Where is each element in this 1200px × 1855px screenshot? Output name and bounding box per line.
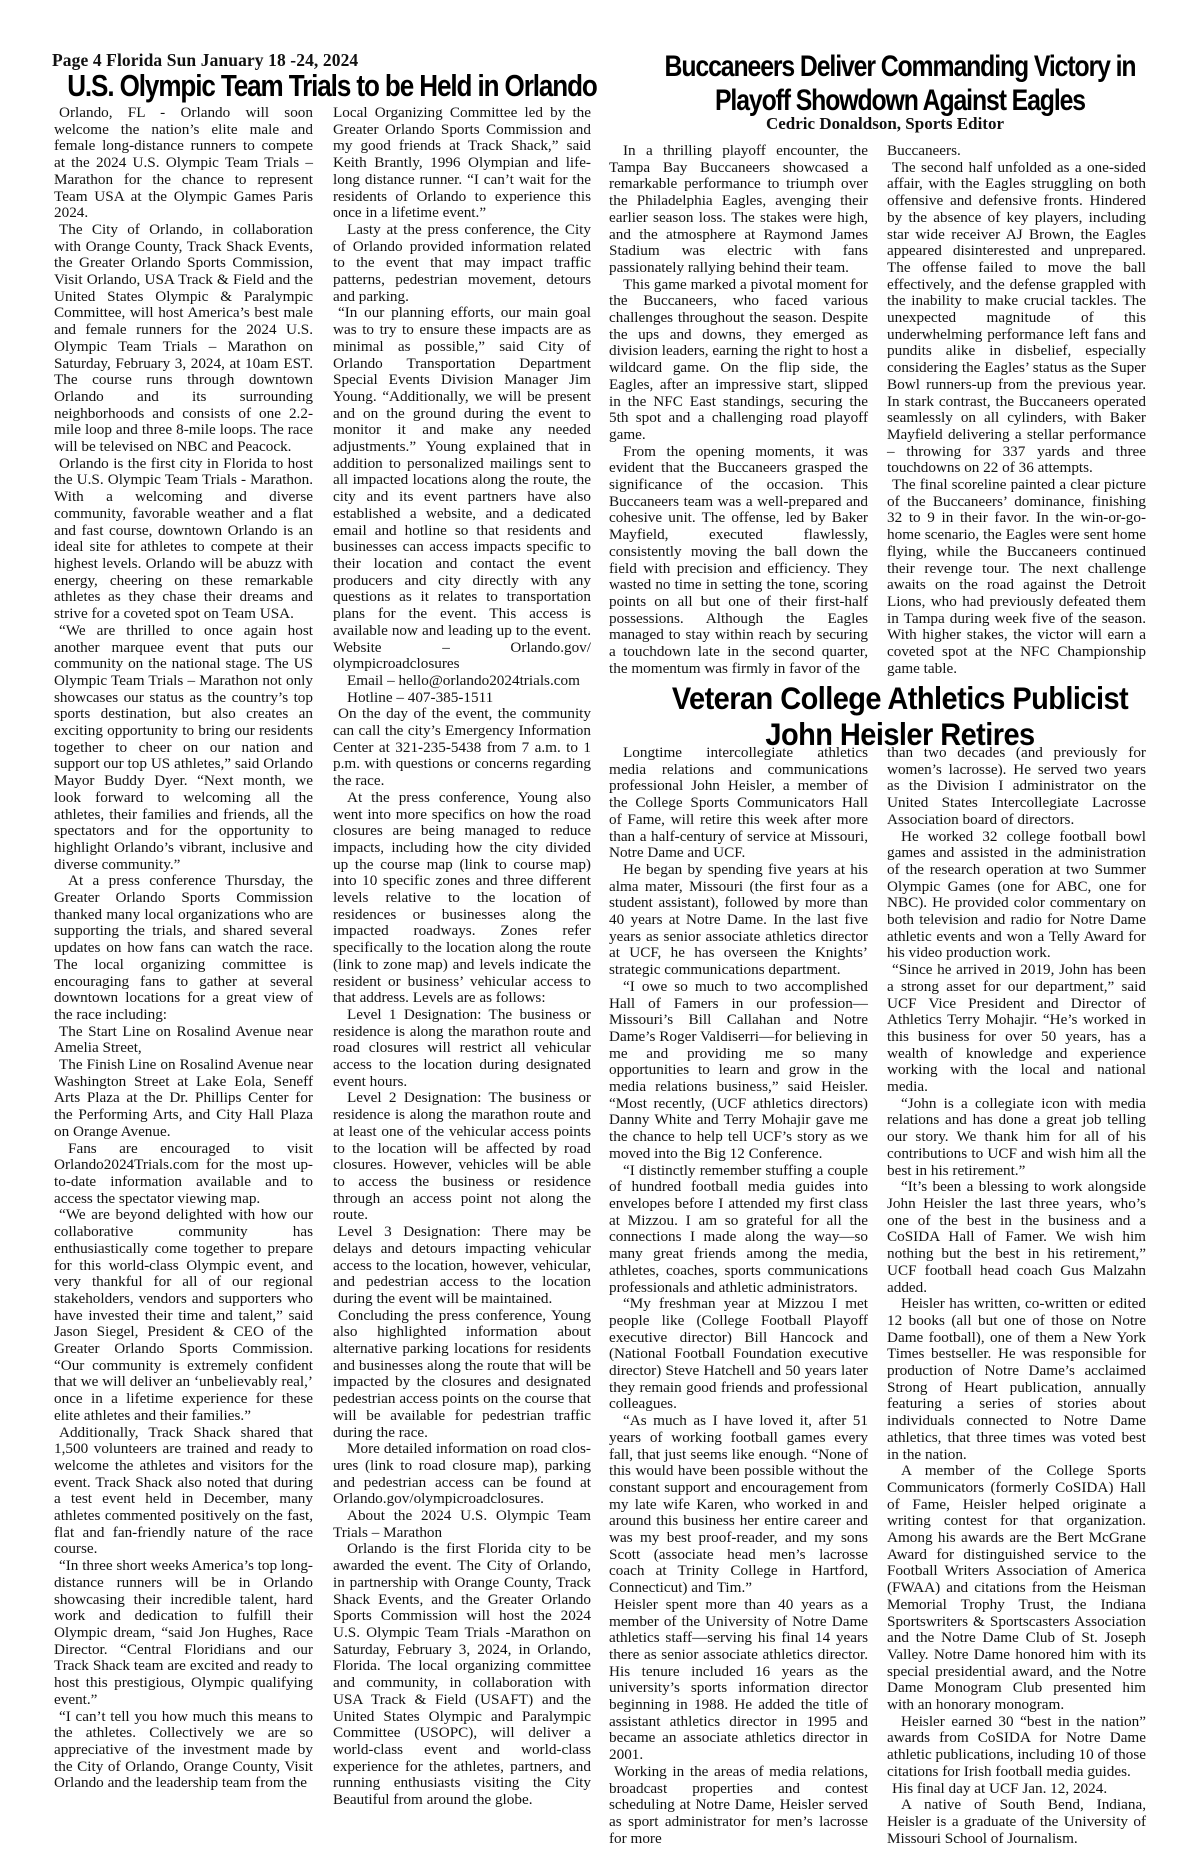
olympic-column-1: Orlando, FL - Orlando will soon welcome … — [54, 105, 313, 1792]
paragraph: The final scoreline painted a clear pict… — [887, 477, 1146, 677]
paragraph: Lasty at the press conference, the City … — [333, 222, 591, 306]
buccaneers-column-1: In a thrilling playoff encounter, the Ta… — [609, 143, 868, 678]
paragraph: “John is a collegiate icon with media re… — [887, 1096, 1146, 1180]
headline-line: Buccaneers Deliver Commanding Victory in — [631, 50, 1169, 84]
paragraph: Heisler has written, co-written or edite… — [887, 1296, 1146, 1463]
paragraph: Heisler spent more than 40 years as a me… — [609, 1597, 868, 1764]
paragraph: than two decades (and previously for wom… — [887, 745, 1146, 829]
contact-email: Email – hello@orlando2024trials.com — [333, 673, 591, 690]
paragraph: Fans are encouraged to visit Orlando2024… — [54, 1141, 313, 1208]
paragraph: Level 1 Designation: The business or res… — [333, 1007, 591, 1091]
paragraph: “I can’t tell you how much this means to… — [54, 1709, 313, 1793]
heisler-column-2: than two decades (and previously for wom… — [887, 745, 1146, 1847]
subheading: About the 2024 U.S. Olympic Team Trials … — [333, 1508, 591, 1541]
paragraph: “In three short weeks America’s top long… — [54, 1558, 313, 1708]
paragraph: “Since he arrived in 2019, John has been… — [887, 962, 1146, 1096]
paragraph: “We are thrilled to once again host anot… — [54, 623, 313, 874]
heisler-column-1: Longtime intercollegiate athletics media… — [609, 745, 868, 1847]
heisler-headline: Veteran College Athletics Publicist John… — [606, 680, 1195, 752]
paragraph: Working in the areas of media relations,… — [609, 1764, 868, 1848]
paragraph: “As much as I have loved it, after 51 ye… — [609, 1413, 868, 1597]
paragraph: On the day of the event, the community c… — [333, 706, 591, 790]
paragraph: The Finish Line on Rosalind Avenue near … — [54, 1057, 313, 1141]
paragraph: Orlando is the first Florida city to be … — [333, 1541, 591, 1808]
paragraph: “I distinctly remember stuffing a couple… — [609, 1163, 868, 1297]
paragraph: Local Organizing Committee led by the Gr… — [333, 105, 591, 222]
headline-line: Playoff Showdown Against Eagles — [631, 84, 1169, 118]
headline-line: Veteran College Athletics Publicist — [606, 680, 1195, 716]
paragraph: His final day at UCF Jan. 12, 2024. — [887, 1781, 1146, 1798]
paragraph: “My freshman year at Mizzou I met people… — [609, 1296, 868, 1413]
paragraph: “I owe so much to two accomplished Hall … — [609, 979, 868, 1163]
buccaneers-headline: Buccaneers Deliver Commanding Victory in… — [631, 50, 1169, 118]
paragraph: The Start Line on Rosalind Avenue near A… — [54, 1024, 313, 1057]
paragraph: Buccaneers. — [887, 143, 1146, 160]
paragraph: Orlando, FL - Orlando will soon welcome … — [54, 105, 313, 222]
paragraph: From the opening moments, it was evident… — [609, 444, 868, 678]
paragraph: Level 3 Designation: There may be delays… — [333, 1224, 591, 1308]
byline: Cedric Donaldson, Sports Editor — [605, 114, 1165, 134]
paragraph: Concluding the press conference, Young a… — [333, 1308, 591, 1442]
paragraph: “In our planning efforts, our main goal … — [333, 305, 591, 672]
paragraph: A native of South Bend, Indiana, Heisler… — [887, 1797, 1146, 1847]
paragraph: At a press conference Thursday, the Grea… — [54, 873, 313, 1023]
paragraph: Additionally, Track Shack shared that 1,… — [54, 1425, 313, 1559]
contact-hotline: Hotline – 407-385-1511 — [333, 690, 591, 707]
olympic-headline: U.S. Olympic Team Trials to be Held in O… — [67, 68, 563, 104]
paragraph: The second half unfolded as a one-sided … — [887, 160, 1146, 477]
buccaneers-column-2: Buccaneers. The second half unfolded as … — [887, 143, 1146, 678]
paragraph: Orlando is the first city in Florida to … — [54, 456, 313, 623]
paragraph: More detailed information on road clos-u… — [333, 1441, 591, 1508]
paragraph: He began by spending five years at his a… — [609, 862, 868, 979]
paragraph: The City of Orlando, in collaboration wi… — [54, 222, 313, 456]
paragraph: Level 2 Designation: The business or res… — [333, 1090, 591, 1224]
paragraph: In a thrilling playoff encounter, the Ta… — [609, 143, 868, 277]
paragraph: “We are beyond delighted with how our co… — [54, 1207, 313, 1424]
paragraph: Heisler earned 30 “best in the nation” a… — [887, 1714, 1146, 1781]
olympic-column-2: Local Organizing Committee led by the Gr… — [333, 105, 591, 1809]
paragraph: A member of the College Sports Communica… — [887, 1463, 1146, 1714]
paragraph: This game marked a pivotal moment for th… — [609, 277, 868, 444]
paragraph: He worked 32 college football bowl games… — [887, 829, 1146, 963]
paragraph: At the press conference, Young also went… — [333, 790, 591, 1007]
paragraph: “It’s been a blessing to work alongside … — [887, 1179, 1146, 1296]
paragraph: Longtime intercollegiate athletics media… — [609, 745, 868, 862]
